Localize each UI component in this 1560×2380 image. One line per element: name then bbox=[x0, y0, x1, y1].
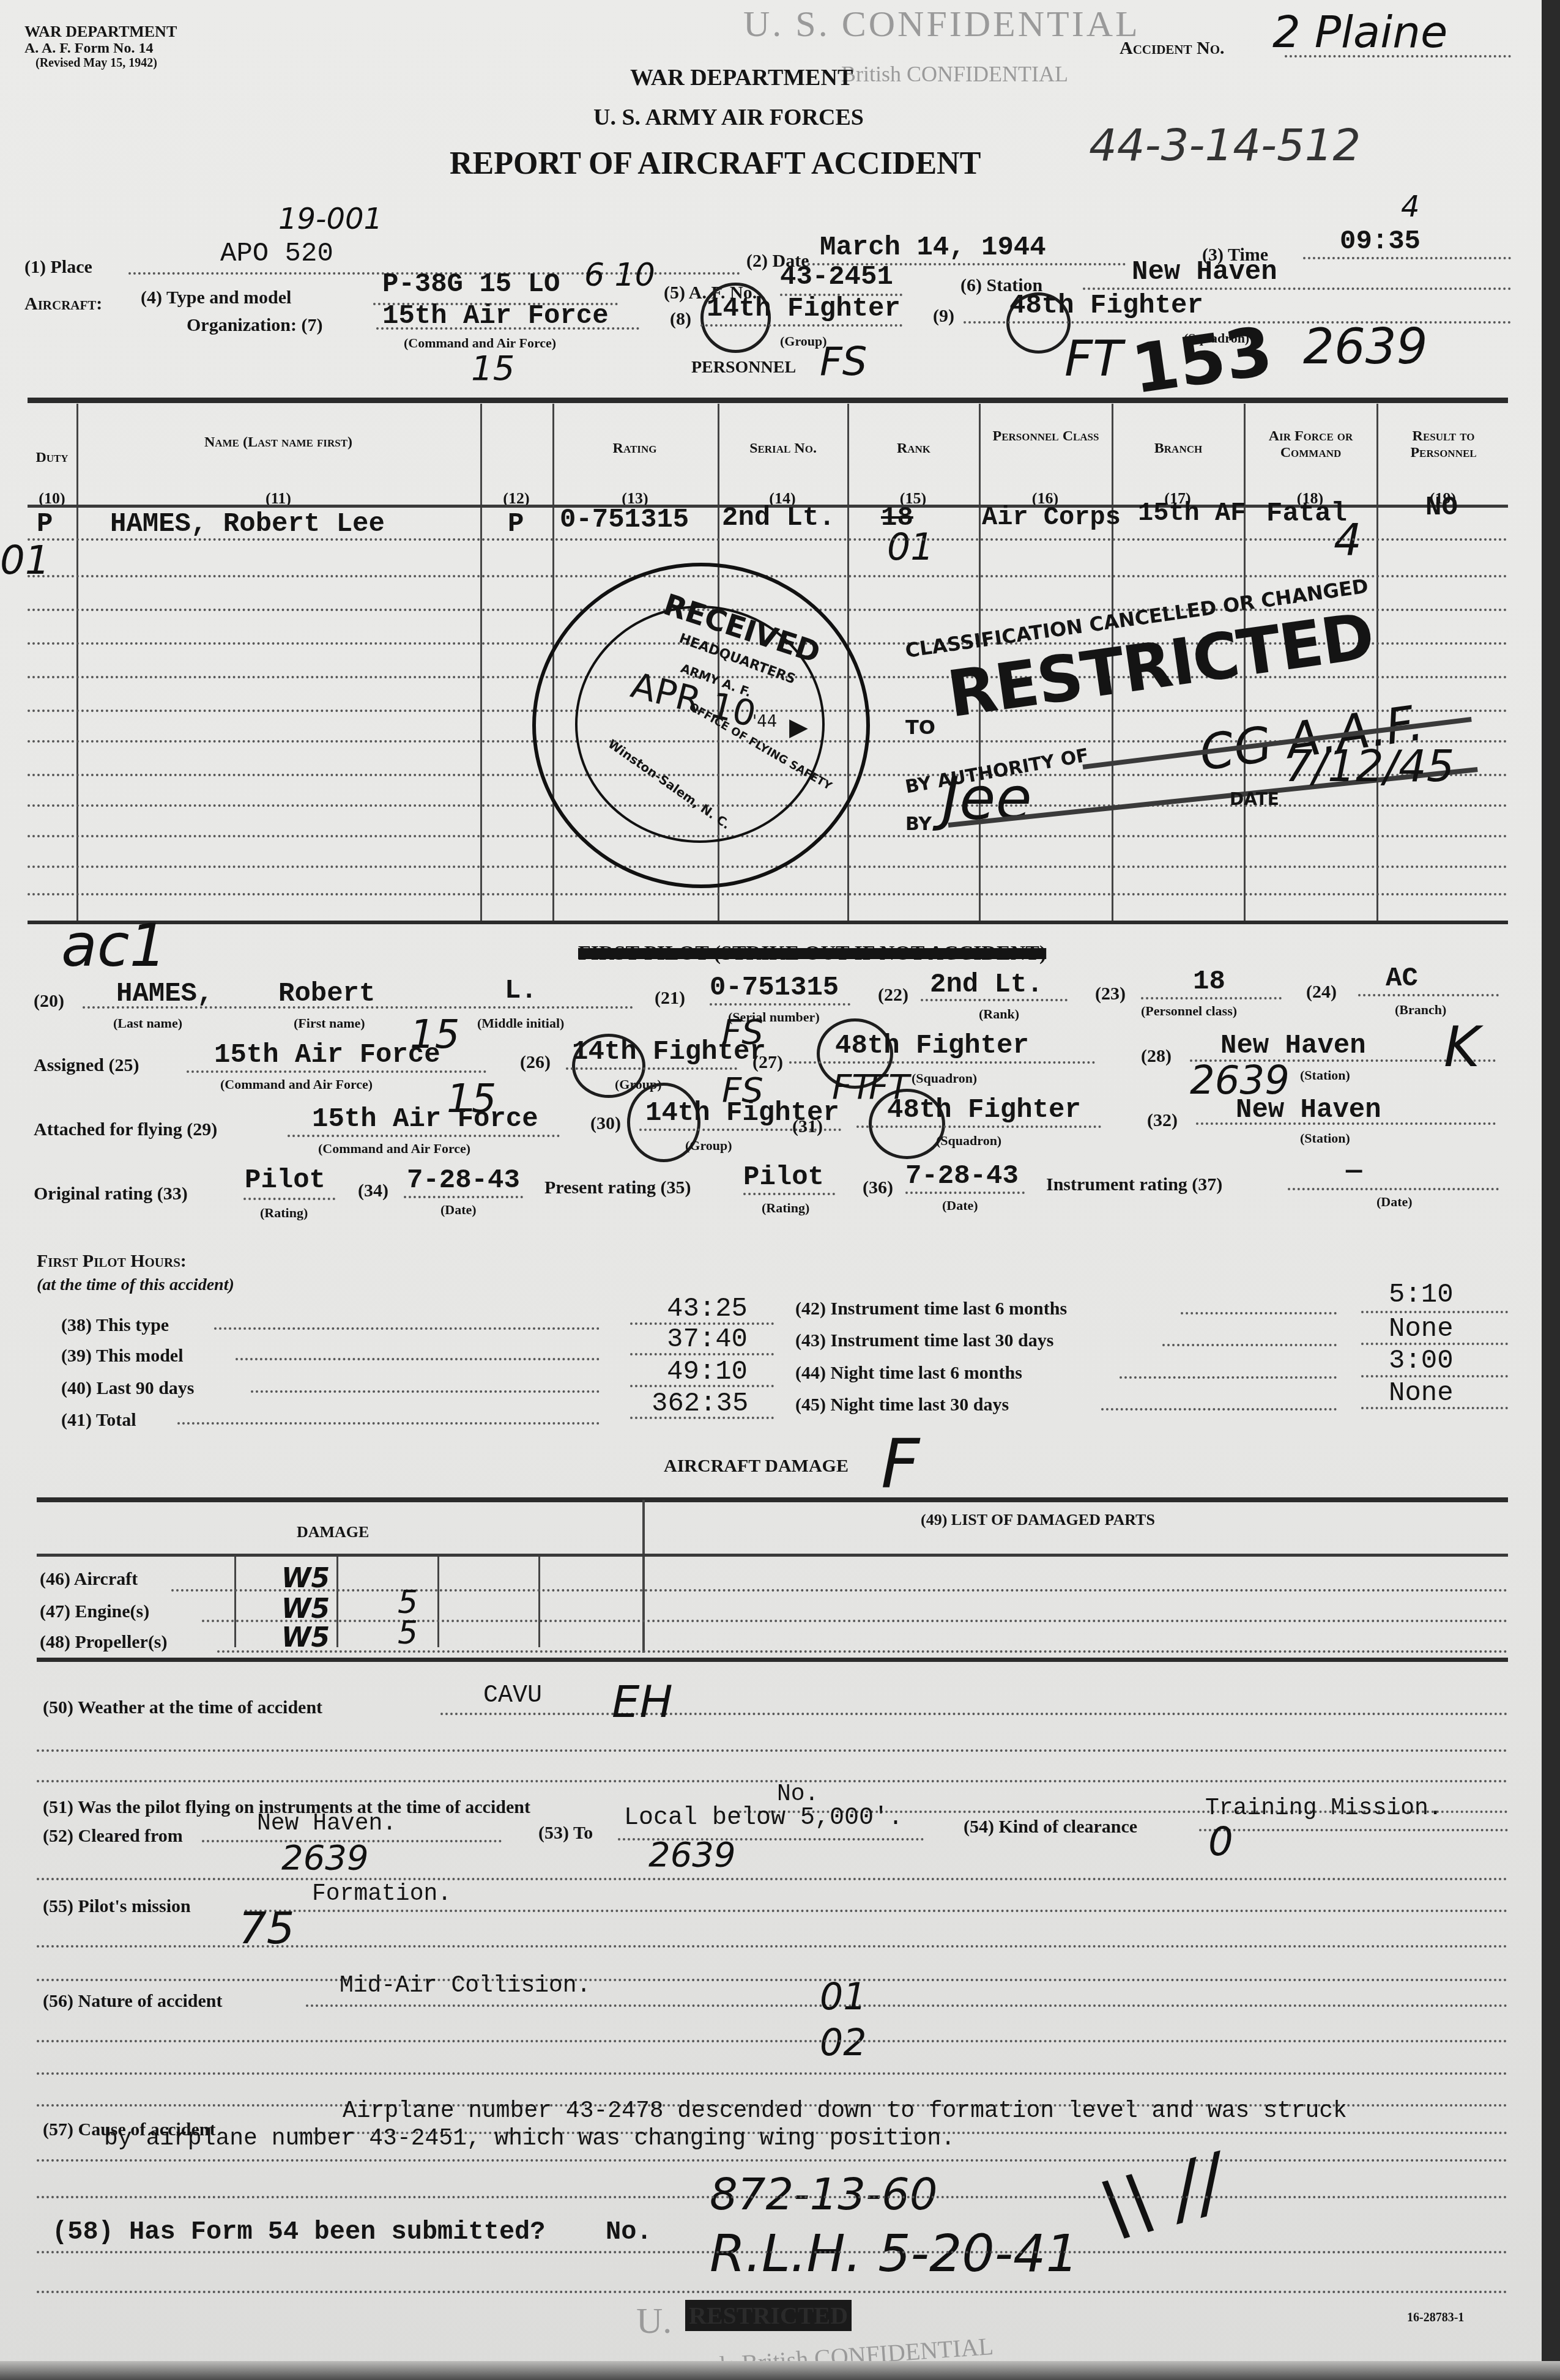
pilot-serial: 0-751315 bbox=[710, 973, 839, 1003]
cell-name: HAMES, Robert Lee bbox=[110, 509, 385, 539]
assigned-group-line bbox=[566, 1067, 737, 1070]
org-label: Organization: (7) bbox=[187, 315, 322, 336]
blank-line bbox=[37, 2159, 1508, 2162]
damage-col-divider bbox=[336, 1557, 338, 1647]
group-value: 14th Fighter bbox=[707, 294, 901, 324]
hours-leader bbox=[1162, 1344, 1337, 1346]
col-header-serial: Serial No. bbox=[719, 440, 847, 457]
instrument-rating-sub: (Date) bbox=[1376, 1194, 1413, 1210]
damage-aircraft-label: (46) Aircraft bbox=[40, 1569, 138, 1590]
instr-6mo-label: (42) Instrument time last 6 months bbox=[795, 1299, 1067, 1319]
damage-top-rule bbox=[37, 1497, 1508, 1502]
report-title: REPORT OF AIRCRAFT ACCIDENT bbox=[450, 146, 981, 182]
class-line bbox=[1141, 997, 1282, 999]
clearance-label: (54) Kind of clearance bbox=[964, 1817, 1137, 1837]
by-label: BY bbox=[905, 814, 932, 835]
pilot-branch: AC bbox=[1386, 963, 1418, 994]
attached-command-sub: (Command and Air Force) bbox=[318, 1141, 470, 1157]
col-header-name: Name (Last name first) bbox=[80, 434, 477, 451]
attached-squadron-sub: (Squadron) bbox=[936, 1133, 1001, 1149]
footer-restricted: RESTRICTED bbox=[685, 2300, 852, 2331]
present-date-line bbox=[905, 1192, 1025, 1194]
hours-leader bbox=[177, 1422, 600, 1425]
af-no-value: 43-2451 bbox=[780, 262, 893, 292]
hours-leader bbox=[251, 1390, 600, 1393]
col-header-result: Result to Personnel bbox=[1378, 428, 1509, 461]
table-row-line bbox=[28, 538, 1508, 541]
present-date-label: (36) bbox=[863, 1177, 893, 1198]
weather-line bbox=[440, 1713, 1508, 1715]
hours-leader bbox=[214, 1327, 600, 1330]
cell-duty: P bbox=[37, 509, 53, 539]
instrument-rating: — bbox=[1346, 1156, 1362, 1187]
orig-rating-sub: (Rating) bbox=[260, 1205, 308, 1221]
time-line bbox=[1303, 257, 1511, 259]
attached-station: New Haven bbox=[1236, 1095, 1381, 1125]
cell-command: 15th AF bbox=[1138, 499, 1246, 528]
col-header-rank: Rank bbox=[849, 440, 979, 457]
class-sub: (Personnel class) bbox=[1141, 1003, 1237, 1019]
pilot-class: 18 bbox=[1193, 966, 1225, 997]
attached-station-label: (32) bbox=[1147, 1110, 1178, 1131]
orig-rating-line bbox=[243, 1198, 335, 1200]
station-hand: 2639 bbox=[1303, 318, 1428, 375]
to-label: TO bbox=[905, 716, 935, 739]
attached-squadron: 48th Fighter bbox=[887, 1095, 1081, 1125]
cleared-from-hand: 2639 bbox=[281, 1838, 369, 1878]
squadron-label: (9) bbox=[933, 306, 954, 327]
pilot-first-name: Robert bbox=[278, 979, 375, 1009]
branch-label: (24) bbox=[1306, 982, 1337, 1003]
serial-label: (21) bbox=[655, 988, 685, 1009]
time-hand: 4 bbox=[1401, 190, 1420, 224]
personnel-top-rule bbox=[28, 398, 1508, 403]
orig-date-line bbox=[404, 1196, 523, 1198]
assigned-command-sub: (Command and Air Force) bbox=[220, 1077, 373, 1092]
damage-propeller-mark: W5 bbox=[281, 1622, 330, 1653]
cause-line-1: Airplane number 43-2478 descended down t… bbox=[343, 2098, 1347, 2124]
date-stamp-hand: 7/12/45 bbox=[1285, 740, 1455, 791]
hours-last90-value: 49:10 bbox=[667, 1357, 748, 1387]
hand-k: K bbox=[1444, 1015, 1480, 1080]
damage-col-divider bbox=[234, 1557, 236, 1647]
night-30d-label: (45) Night time last 30 days bbox=[795, 1395, 1009, 1415]
instrument-rating-line bbox=[1288, 1188, 1499, 1190]
cell-rating: P bbox=[508, 509, 524, 539]
present-rating: Pilot bbox=[743, 1162, 824, 1193]
damage-propeller-label: (48) Propeller(s) bbox=[40, 1632, 168, 1653]
form-revised: (Revised May 15, 1942) bbox=[35, 56, 157, 70]
squadron-value: 48th Fighter bbox=[1009, 291, 1203, 321]
org-value: 15th Air Force bbox=[382, 301, 609, 332]
damage-bottom-rule bbox=[37, 1658, 1508, 1662]
org-hand: 15 bbox=[471, 349, 514, 388]
assigned-squadron-label: (27) bbox=[752, 1052, 783, 1073]
confidential-top: U. S. CONFIDENTIAL bbox=[743, 3, 1140, 45]
serial-line bbox=[710, 1003, 850, 1006]
date-value: March 14, 1944 bbox=[820, 232, 1046, 263]
cell-branch: Air Corps bbox=[982, 503, 1121, 532]
damage-row-line bbox=[171, 1589, 1508, 1592]
rank-sub: (Rank) bbox=[979, 1006, 1019, 1022]
weather-value: CAVU bbox=[483, 1682, 542, 1710]
date-stamp-label: DATE bbox=[1230, 789, 1279, 809]
mission-line bbox=[245, 1910, 1508, 1912]
instr-6mo-value: 5:10 bbox=[1389, 1280, 1454, 1310]
hours-this-type-value: 43:25 bbox=[667, 1294, 748, 1324]
accident-report-page: WAR DEPARTMENT A. A. F. Form No. 14 (Rev… bbox=[0, 0, 1560, 2380]
footer-print-code: 16-28783-1 bbox=[1407, 2311, 1464, 2325]
blank-line bbox=[37, 1780, 1508, 1782]
first-name-sub: (First name) bbox=[294, 1015, 365, 1031]
hours-leader bbox=[1101, 1408, 1337, 1411]
branch-line bbox=[1358, 994, 1499, 996]
orig-rating-label: Original rating (33) bbox=[34, 1184, 188, 1204]
attached-squadron-label: (31) bbox=[792, 1116, 823, 1137]
accident-no-label: Accident No. bbox=[1120, 38, 1225, 59]
present-rating-line bbox=[743, 1193, 835, 1195]
blank-line bbox=[37, 2251, 1508, 2253]
weather-label: (50) Weather at the time of accident bbox=[43, 1697, 322, 1718]
cell-parachute: NO bbox=[1425, 492, 1458, 523]
orig-rating: Pilot bbox=[245, 1165, 325, 1196]
personnel-bottom-rule bbox=[28, 921, 1508, 924]
scan-edge bbox=[1542, 0, 1560, 2380]
type-value: P-38G 15 LO bbox=[382, 269, 560, 300]
assigned-squadron-line bbox=[789, 1061, 1095, 1064]
damage-section-hand: F bbox=[881, 1425, 919, 1503]
assigned-group-label: (26) bbox=[520, 1052, 551, 1073]
middle-initial-sub: (Middle initial) bbox=[477, 1015, 564, 1031]
place-label: (1) Place bbox=[24, 257, 92, 278]
nature-hand-2: 02 bbox=[820, 2022, 866, 2064]
instruments-value: No. bbox=[777, 1781, 819, 1807]
hours-total-label: (41) Total bbox=[61, 1410, 136, 1431]
signature-hand: R.L.H. 5-20-41 bbox=[710, 2223, 1079, 2283]
type-label: (4) Type and model bbox=[141, 287, 291, 308]
col-divider bbox=[76, 404, 78, 924]
orig-date: 7-28-43 bbox=[407, 1165, 520, 1196]
cleared-from-label: (52) Cleared from bbox=[43, 1826, 183, 1847]
type-hand: 6 10 bbox=[584, 257, 655, 294]
class-label: (23) bbox=[1095, 984, 1126, 1004]
nature-hand-1: 01 bbox=[820, 1976, 866, 2019]
hours-title: First Pilot Hours: bbox=[37, 1251, 187, 1272]
group-line bbox=[700, 324, 902, 327]
place-value: APO 520 bbox=[220, 239, 333, 269]
place-hand: 19-001 bbox=[278, 202, 382, 236]
blank-line bbox=[37, 1979, 1508, 1981]
blank-line bbox=[37, 2196, 1508, 2198]
damage-propeller-hand: 5 bbox=[398, 1615, 418, 1652]
branch-sub: (Branch) bbox=[1395, 1002, 1446, 1018]
form54-label: (58) Has Form 54 been submitted? bbox=[52, 2217, 546, 2247]
clearance-value: Training Mission. bbox=[1205, 1795, 1443, 1822]
stamp-year: '44 bbox=[752, 713, 777, 731]
blank-line bbox=[37, 2291, 1508, 2293]
form54-value: No. bbox=[606, 2217, 652, 2247]
blank-line bbox=[37, 1878, 1508, 1880]
hours-value-line bbox=[1361, 1311, 1508, 1313]
assigned-station-sub: (Station) bbox=[1300, 1067, 1350, 1083]
hours-leader bbox=[1120, 1376, 1337, 1379]
footer-u-mark: U. bbox=[636, 2300, 672, 2342]
damage-row-line bbox=[217, 1650, 1508, 1653]
class-correction-hand: 01 bbox=[887, 526, 934, 569]
cell-serial: 0-751315 bbox=[560, 505, 689, 535]
hours-this-model-label: (39) This model bbox=[61, 1346, 183, 1366]
damaged-parts-title: (49) LIST OF DAMAGED PARTS bbox=[921, 1511, 1155, 1529]
orig-date-sub: (Date) bbox=[440, 1202, 477, 1218]
damage-engine-label: (47) Engine(s) bbox=[40, 1601, 149, 1622]
night-6mo-label: (44) Night time last 6 months bbox=[795, 1363, 1022, 1384]
attached-station-sub: (Station) bbox=[1300, 1130, 1350, 1146]
aircraft-label: Aircraft: bbox=[24, 294, 102, 314]
cleared-from-value: New Haven. bbox=[257, 1811, 396, 1837]
hours-leader bbox=[1181, 1312, 1337, 1314]
accident-id-hand: 44-3-14-512 bbox=[1089, 119, 1361, 171]
mission-value: Formation. bbox=[312, 1881, 451, 1907]
col-header-branch: Branch bbox=[1113, 440, 1244, 457]
attached-label: Attached for flying (29) bbox=[34, 1119, 217, 1140]
nature-value: Mid-Air Collision. bbox=[340, 1973, 590, 1999]
hours-this-model-value: 37:40 bbox=[667, 1324, 748, 1355]
blank-line bbox=[37, 1945, 1508, 1948]
time-value: 09:35 bbox=[1340, 226, 1421, 257]
col-divider bbox=[480, 404, 482, 924]
damage-divider bbox=[642, 1500, 645, 1653]
nature-line bbox=[306, 2004, 1508, 2007]
cause-line-2: by airplane number 43-2451, which was ch… bbox=[104, 2126, 955, 2152]
hours-leader bbox=[236, 1358, 600, 1360]
damage-col-divider bbox=[538, 1557, 540, 1647]
cause-hand: 872-13-60 bbox=[710, 2168, 938, 2220]
station-value: New Haven bbox=[1132, 257, 1277, 287]
present-rating-sub: (Rating) bbox=[762, 1200, 809, 1216]
damage-header-rule bbox=[37, 1554, 1508, 1557]
attached-squadron-line bbox=[856, 1125, 1101, 1128]
assigned-squadron-sub: (Squadron) bbox=[912, 1070, 977, 1086]
title-war-dept: WAR DEPARTMENT bbox=[630, 64, 853, 91]
blank-line bbox=[37, 2040, 1508, 2042]
orig-date-label: (34) bbox=[358, 1181, 388, 1201]
assigned-command: 15th Air Force bbox=[214, 1040, 440, 1070]
instr-30d-value: None bbox=[1389, 1314, 1454, 1344]
pilot-margin-hand: ac1 bbox=[61, 911, 167, 980]
clearance-hand: 0 bbox=[1208, 1820, 1233, 1865]
night-6mo-value: 3:00 bbox=[1389, 1346, 1454, 1376]
hours-last90-label: (40) Last 90 days bbox=[61, 1378, 195, 1399]
scan-bottom-edge bbox=[0, 2361, 1560, 2380]
group-label: (8) bbox=[670, 309, 691, 330]
hand-fs1: FS bbox=[722, 1012, 763, 1052]
table-row-line bbox=[28, 893, 1508, 895]
assigned-command-line bbox=[187, 1070, 486, 1073]
pilot-middle-initial: L. bbox=[505, 976, 537, 1006]
blank-line bbox=[37, 1749, 1508, 1752]
col-header-class: Personnel Class bbox=[980, 428, 1112, 445]
instrument-rating-label: Instrument rating (37) bbox=[1046, 1174, 1222, 1195]
attached-command-line bbox=[288, 1135, 560, 1137]
col-divider bbox=[1376, 404, 1378, 924]
attached-command: 15th Air Force bbox=[312, 1104, 538, 1135]
present-date-sub: (Date) bbox=[942, 1198, 978, 1214]
present-rating-label: Present rating (35) bbox=[544, 1177, 691, 1198]
col-header-command: Air Force or Command bbox=[1245, 428, 1376, 461]
weather-hand: EH bbox=[612, 1676, 673, 1727]
damage-section-title: AIRCRAFT DAMAGE bbox=[664, 1456, 849, 1477]
blank-line bbox=[37, 2072, 1508, 2075]
hand-ft2: FT bbox=[869, 1067, 909, 1107]
attached-group-sub: (Group) bbox=[685, 1138, 732, 1154]
nature-label: (56) Nature of accident bbox=[43, 1991, 223, 2012]
form-dept: WAR DEPARTMENT bbox=[24, 24, 177, 39]
col-header-rating: Rating bbox=[554, 440, 716, 457]
assigned-station: New Haven bbox=[1220, 1031, 1366, 1061]
attached-group-label: (30) bbox=[590, 1113, 621, 1134]
night-30d-value: None bbox=[1389, 1378, 1454, 1409]
hours-total-value: 362:35 bbox=[652, 1388, 748, 1419]
confidential-sub: British CONFIDENTIAL bbox=[841, 61, 1068, 87]
pilot-section-title: FIRST PILOT (STRIKE OUT IF NOT ACCIDENT) bbox=[578, 942, 1046, 965]
cell-rank: 2nd Lt. bbox=[722, 503, 835, 533]
station-line bbox=[1083, 287, 1511, 290]
title-aaf: U. S. ARMY AIR FORCES bbox=[593, 104, 864, 131]
group-hand: FS bbox=[820, 339, 867, 385]
to-label: (53) To bbox=[538, 1823, 593, 1844]
mission-label: (55) Pilot's mission bbox=[43, 1896, 191, 1917]
pilot-rank: 2nd Lt. bbox=[930, 969, 1043, 1000]
last-name-sub: (Last name) bbox=[113, 1015, 182, 1031]
to-hand: 2639 bbox=[648, 1835, 736, 1875]
to-value: Local below 5,000'. bbox=[624, 1804, 903, 1832]
clearance-line bbox=[1199, 1829, 1508, 1831]
col-header-duty: Duty bbox=[28, 450, 76, 466]
last-name-label: (20) bbox=[34, 991, 64, 1012]
personnel-title: PERSONNEL bbox=[691, 358, 796, 377]
pilot-last-name: HAMES, bbox=[116, 979, 213, 1009]
accident-no-hand: 2 Plaine bbox=[1272, 6, 1447, 57]
rank-label: (22) bbox=[878, 985, 908, 1006]
hours-this-type-label: (38) This type bbox=[61, 1315, 169, 1336]
instr-30d-label: (43) Instrument time last 30 days bbox=[795, 1330, 1053, 1351]
assigned-station-label: (28) bbox=[1141, 1046, 1172, 1067]
stamp-arrow-icon: ▶ bbox=[789, 713, 808, 741]
form-number: A. A. F. Form No. 14 bbox=[24, 40, 153, 57]
assigned-label: Assigned (25) bbox=[34, 1055, 139, 1076]
squadron-hand: FT bbox=[1064, 330, 1123, 387]
assigned-squadron: 48th Fighter bbox=[835, 1031, 1029, 1061]
present-date: 7-28-43 bbox=[905, 1161, 1019, 1192]
hours-subtitle: (at the time of this accident) bbox=[37, 1275, 234, 1295]
damage-table-title: DAMAGE bbox=[297, 1523, 369, 1541]
hand-fs2: FS bbox=[722, 1070, 763, 1110]
stamp-number: 153 bbox=[1127, 312, 1277, 409]
damage-col-divider bbox=[437, 1557, 439, 1647]
